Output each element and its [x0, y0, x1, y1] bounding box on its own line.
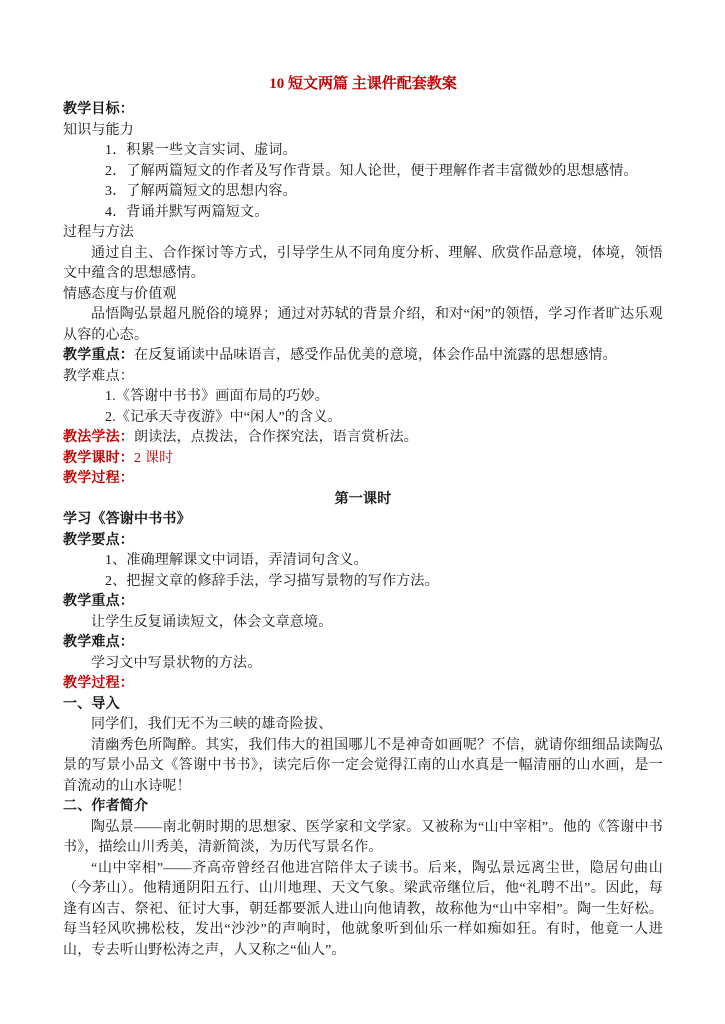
text-run: 1．积累一些文言实词、虚词。: [105, 143, 297, 158]
heading-label: 教学目标：: [63, 102, 134, 117]
text-run: 2 课时: [134, 451, 173, 466]
list-item: 4．背诵并默写两篇短文。: [63, 203, 663, 224]
heading-label: 第一课时: [335, 492, 392, 507]
heading-label: 教学重点：: [63, 594, 134, 609]
heading-lesson-points: 教学要点：: [63, 531, 663, 552]
list-item: 1.《答谢中书书》画面布局的巧妙。: [63, 387, 663, 408]
heading-label: 教学课时：: [63, 451, 134, 466]
list-item: 1、准确理解课文中词语，弄清词句含义。: [63, 551, 663, 572]
heading-section-author: 二、作者简介: [63, 797, 663, 818]
list-item: 3．了解两篇短文的思想内容。: [63, 182, 663, 203]
text-paragraph: 陶弘景——南北朝时期的思想家、医学家和文学家。又被称为“山中宰相”。他的《答谢中…: [63, 818, 663, 859]
heading-label: 教学要点：: [63, 533, 134, 548]
text-run: 情感态度与价值观: [63, 287, 177, 302]
heading-teaching-methods: 教法学法：朗读法，点拨法，合作探究法，语言赏析法。: [63, 428, 663, 449]
text-run: 1、准确理解课文中词语，弄清词句含义。: [105, 553, 368, 568]
text-paragraph: 同学们，我们无不为三峡的雄奇险拔、: [63, 715, 663, 736]
list-item: 2.《记承天寺夜游》中“闲人”的含义。: [63, 408, 663, 429]
heading-teaching-difficulties: 教学难点：: [63, 367, 663, 388]
text-run: “山中宰相”——齐高帝曾经召他进宫陪伴太子读书。后来，陶弘景远离尘世，隐居句曲山…: [63, 861, 663, 958]
heading-lesson-process: 教学过程：: [63, 674, 663, 695]
text-run: 2．了解两篇短文的作者及写作背景。知人论世，便于理解作者丰富微妙的思想感情。: [105, 164, 638, 179]
text-run: 教学难点：: [63, 369, 134, 384]
document-body: 教学目标：知识与能力1．积累一些文言实词、虚词。2．了解两篇短文的作者及写作背景…: [63, 100, 663, 961]
heading-label: 教学过程：: [63, 676, 134, 691]
text-run: 4．背诵并默写两篇短文。: [105, 205, 268, 220]
text-run: 朗读法，点拨法，合作探究法，语言赏析法。: [134, 430, 418, 445]
text-run: 1.《答谢中书书》画面布局的巧妙。: [105, 389, 329, 404]
text-paragraph: 品悟陶弘景超凡脱俗的境界；通过对苏轼的背景介绍，和对“闲”的领悟，学习作者旷达乐…: [63, 305, 663, 346]
text-run: 在反复诵读中品味语言，感受作品优美的意境，体会作品中流露的思想感情。: [134, 348, 617, 363]
document-page: 10 短文两篇 主课件配套教案 教学目标：知识与能力1．积累一些文言实词、虚词。…: [0, 0, 725, 1024]
heading-label: 教学过程：: [63, 471, 134, 486]
text-run: 2、把握文章的修辞手法，学习描写景物的写作方法。: [105, 574, 439, 589]
text-run: 2.《记承天寺夜游》中“闲人”的含义。: [105, 410, 342, 425]
heading-label: 二、作者简介: [63, 799, 148, 814]
heading-teaching-key-points: 教学重点：在反复诵读中品味语言，感受作品优美的意境，体会作品中流露的思想感情。: [63, 346, 663, 367]
text-paragraph: “山中宰相”——齐高帝曾经召他进宫陪伴太子读书。后来，陶弘景远离尘世，隐居句曲山…: [63, 859, 663, 962]
list-item: 2．了解两篇短文的作者及写作背景。知人论世，便于理解作者丰富微妙的思想感情。: [63, 162, 663, 183]
text-run: 品悟陶弘景超凡脱俗的境界；通过对苏轼的背景介绍，和对“闲”的领悟，学习作者旷达乐…: [63, 307, 663, 343]
heading-class-hours: 教学课时：2 课时: [63, 449, 663, 470]
heading-study-text: 学习《答谢中书书》: [63, 510, 663, 531]
text-run: 同学们，我们无不为三峡的雄奇险拔、: [91, 717, 332, 732]
text-paragraph: 让学生反复诵读短文，体会文章意境。: [63, 613, 663, 634]
text-paragraph: 学习文中写景状物的方法。: [63, 654, 663, 675]
text-run: 陶弘景——南北朝时期的思想家、医学家和文学家。又被称为“山中宰相”。他的《答谢中…: [63, 820, 663, 856]
subheading-emotion-values: 情感态度与价值观: [63, 285, 663, 306]
heading-label: 一、导入: [63, 697, 120, 712]
text-run: 清幽秀色所陶醉。其实，我们伟大的祖国哪儿不是神奇如画呢？不信，就请你细细品读陶弘…: [63, 738, 663, 794]
text-paragraph: 清幽秀色所陶醉。其实，我们伟大的祖国哪儿不是神奇如画呢？不信，就请你细细品读陶弘…: [63, 736, 663, 798]
document-title: 10 短文两篇 主课件配套教案: [63, 72, 663, 96]
heading-label: 教学难点：: [63, 635, 134, 650]
heading-section-intro: 一、导入: [63, 695, 663, 716]
heading-label: 学习《答谢中书书》: [63, 512, 191, 527]
heading-lesson-key-points: 教学重点：: [63, 592, 663, 613]
list-item: 1．积累一些文言实词、虚词。: [63, 141, 663, 162]
heading-teaching-process: 教学过程：: [63, 469, 663, 490]
heading-label: 教法学法：: [63, 430, 134, 445]
text-run: 3．了解两篇短文的思想内容。: [105, 184, 297, 199]
heading-teaching-goals: 教学目标：: [63, 100, 663, 121]
heading-first-lesson: 第一课时: [63, 490, 663, 511]
text-run: 过程与方法: [63, 225, 134, 240]
text-run: 知识与能力: [63, 123, 134, 138]
subheading-knowledge-ability: 知识与能力: [63, 121, 663, 142]
heading-label: 教学重点：: [63, 348, 134, 363]
list-item: 2、把握文章的修辞手法，学习描写景物的写作方法。: [63, 572, 663, 593]
subheading-process-method: 过程与方法: [63, 223, 663, 244]
text-run: 让学生反复诵读短文，体会文章意境。: [91, 615, 332, 630]
text-run: 学习文中写景状物的方法。: [91, 656, 261, 671]
text-paragraph: 通过自主、合作探讨等方式，引导学生从不同角度分析、理解、欣赏作品意境，体境，领悟…: [63, 244, 663, 285]
heading-lesson-difficulties: 教学难点：: [63, 633, 663, 654]
text-run: 通过自主、合作探讨等方式，引导学生从不同角度分析、理解、欣赏作品意境，体境，领悟…: [63, 246, 663, 282]
